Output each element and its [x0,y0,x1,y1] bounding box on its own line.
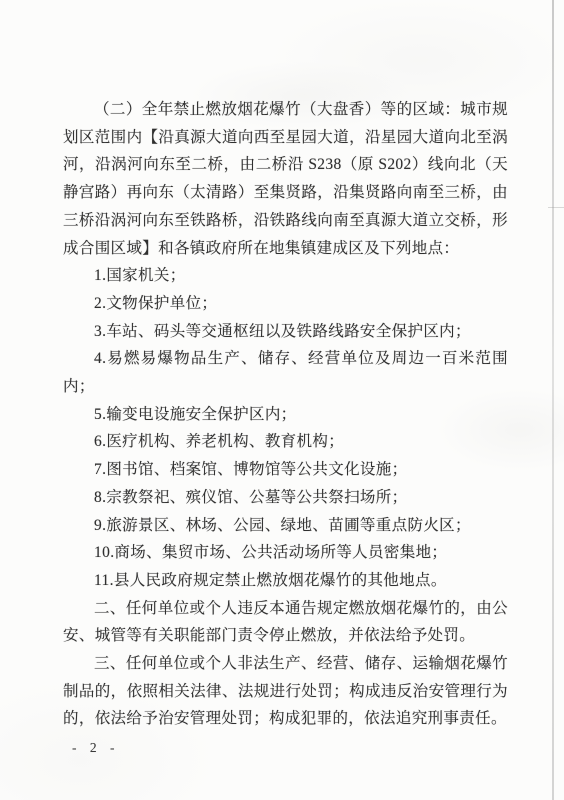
list-item-5: 5.输变电设施安全保护区内； [63,401,508,429]
scan-edge-line [552,0,554,800]
page-number-footer: - 2 - [72,740,120,756]
list-item-7: 7.图书馆、档案馆、博物馆等公共文化设施； [63,456,508,484]
list-item-8: 8.宗教祭祀、殡仪馆、公墓等公共祭扫场所； [63,484,508,512]
scan-edge-artifact [548,207,564,208]
list-item-11: 11.县人民政府规定禁止燃放烟花爆竹的其他地点。 [63,567,508,595]
paragraph-section-san: 三、任何单位或个人非法生产、经营、储存、运输烟花爆竹制品的，依照相关法律、法规进… [63,650,508,733]
list-item-1: 1.国家机关； [63,262,508,290]
list-item-6: 6.医疗机构、养老机构、教育机构； [63,428,508,456]
paragraph-section-2: （二）全年禁止燃放烟花爆竹（大盘香）等的区域：城市规划区范围内【沿真源大道向西至… [63,96,508,262]
list-item-9: 9.旅游景区、林场、公园、绿地、苗圃等重点防火区； [63,512,508,540]
list-item-4: 4.易燃易爆物品生产、储存、经营单位及周边一百米范围内； [63,345,508,400]
paragraph-section-er: 二、任何单位或个人违反本通告规定燃放烟花爆竹的，由公安、城管等有关职能部门责令停… [63,595,508,650]
list-item-3: 3.车站、码头等交通枢纽以及铁路线路安全保护区内； [63,318,508,346]
list-item-10: 10.商场、集贸市场、公共活动场所等人员密集地； [63,539,508,567]
document-body: （二）全年禁止燃放烟花爆竹（大盘香）等的区域：城市规划区范围内【沿真源大道向西至… [63,96,508,733]
list-item-2: 2.文物保护单位； [63,290,508,318]
scanned-document-page: （二）全年禁止燃放烟花爆竹（大盘香）等的区域：城市规划区范围内【沿真源大道向西至… [0,0,564,800]
